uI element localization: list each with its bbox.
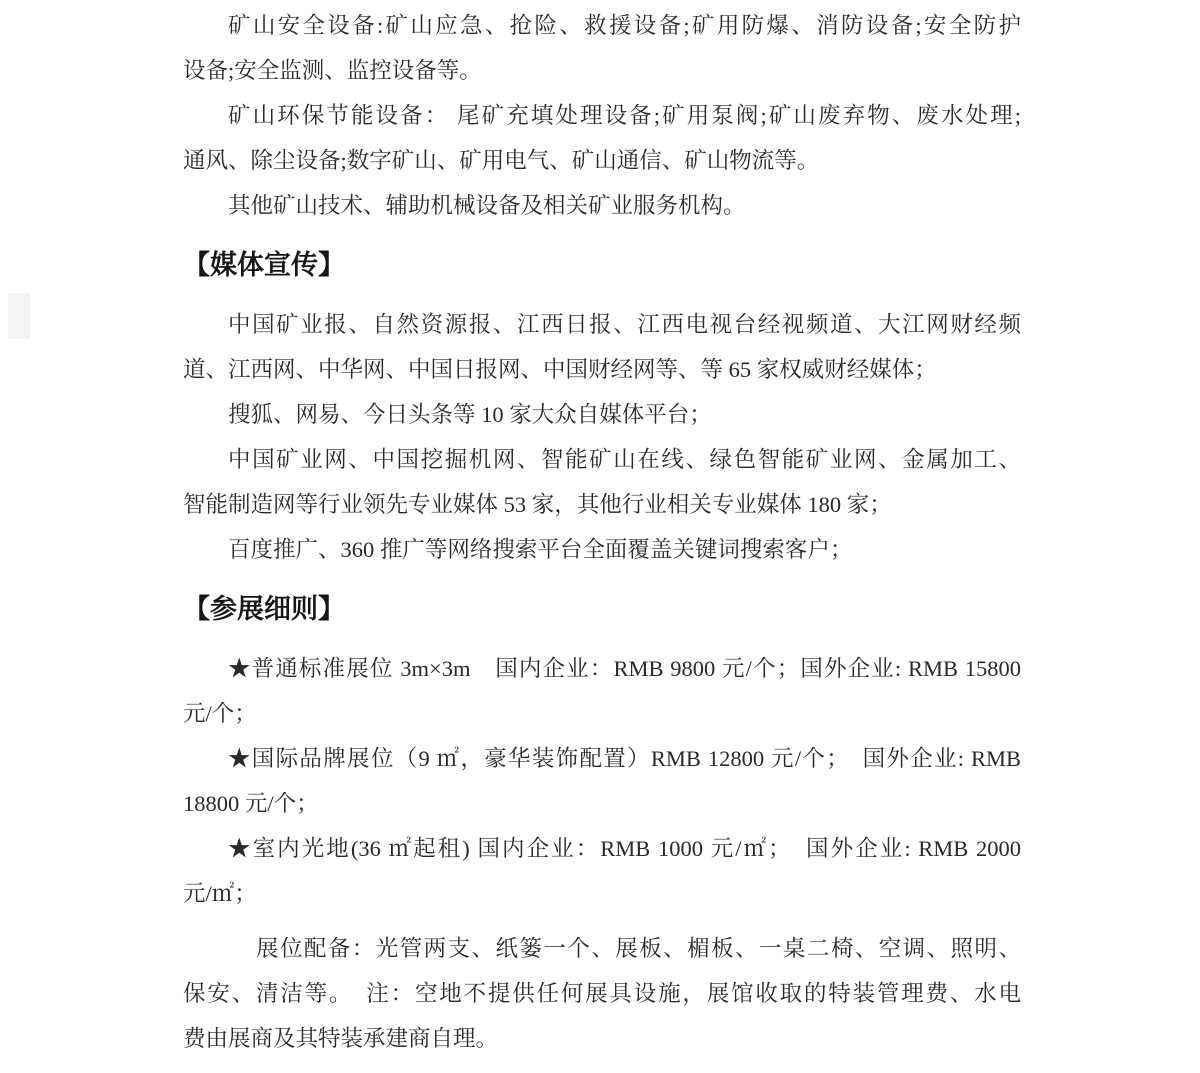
para-raw-space-line1: ★室内光地(36 ㎡起租) 国内企业：RMB 1000 元/㎡； 国外企业: R…	[183, 826, 1021, 871]
para-self-media-line1: 搜狐、网易、今日头条等 10 家大众自媒体平台；	[183, 392, 1021, 437]
para-mine-safety-line1: 矿山安全设备:矿山应急、抢险、救援设备;矿用防爆、消防设备;安全防护	[183, 3, 1021, 48]
para-booth-config-line1: 展位配备：光管两支、纸篓一个、展板、楣板、一桌二椅、空调、照明、	[183, 926, 1021, 971]
para-standard-booth-line2: 元/个；	[183, 691, 1021, 736]
para-green-equipment-line1: 矿山环保节能设备： 尾矿充填处理设备;矿用泵阀;矿山废弃物、废水处理;	[183, 93, 1021, 138]
scan-smudge	[8, 293, 30, 339]
para-green-equipment-line2: 通风、除尘设备;数字矿山、矿用电气、矿山通信、矿山物流等。	[183, 138, 1021, 183]
para-standard-booth-line1: ★普通标准展位 3m×3m 国内企业：RMB 9800 元/个；国外企业: RM…	[183, 646, 1021, 691]
para-brand-booth-line2: 18800 元/个；	[183, 781, 1021, 826]
para-booth-config-line3: 费由展商及其特装承建商自理。	[183, 1016, 1021, 1061]
para-brand-booth-line1: ★国际品牌展位（9 ㎡，豪华装饰配置）RMB 12800 元/个； 国外企业: …	[183, 736, 1021, 781]
heading-exhibition-rules: 【参展细则】	[183, 587, 1021, 632]
heading-media-promotion: 【媒体宣传】	[183, 243, 1021, 288]
para-booth-config-line2: 保安、清洁等。 注：空地不提供任何展具设施，展馆收取的特装管理费、水电	[183, 971, 1021, 1016]
para-industry-media-line1: 中国矿业网、中国挖掘机网、智能矿山在线、绿色智能矿业网、金属加工、	[183, 437, 1021, 482]
para-mine-safety-line2: 设备;安全监测、监控设备等。	[183, 48, 1021, 93]
para-other-services-line1: 其他矿山技术、辅助机械设备及相关矿业服务机构。	[183, 183, 1021, 228]
document-page: 矿山安全设备:矿山应急、抢险、救援设备;矿用防爆、消防设备;安全防护 设备;安全…	[0, 0, 1200, 1073]
para-finance-media-line1: 中国矿业报、自然资源报、江西日报、江西电视台经视频道、大江网财经频	[183, 302, 1021, 347]
para-search-promotion-line1: 百度推广、360 推广等网络搜索平台全面覆盖关键词搜索客户；	[183, 527, 1021, 572]
para-raw-space-line2: 元/㎡；	[183, 871, 1021, 916]
document-body: 矿山安全设备:矿山应急、抢险、救援设备;矿用防爆、消防设备;安全防护 设备;安全…	[183, 3, 1021, 1061]
para-industry-media-line2: 智能制造网等行业领先专业媒体 53 家，其他行业相关专业媒体 180 家；	[183, 482, 1021, 527]
para-finance-media-line2: 道、江西网、中华网、中国日报网、中国财经网等、等 65 家权威财经媒体；	[183, 347, 1021, 392]
